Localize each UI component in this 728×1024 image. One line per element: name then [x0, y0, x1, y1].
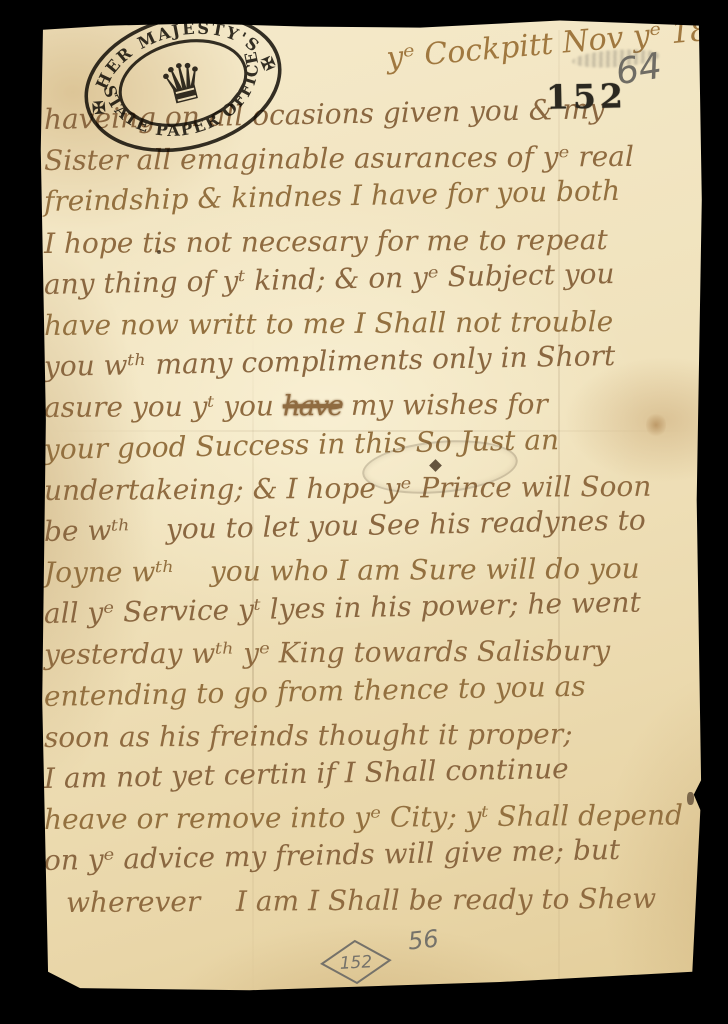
letter-page: yᵉ Cockpitt Nov yᵉ 18 haveing on all oca…	[0, 0, 728, 1024]
pencil-page-number: 56	[407, 926, 440, 953]
letter-body: haveing on all ocasions given you & my S…	[44, 99, 704, 923]
ink-blemish	[687, 792, 694, 805]
line-segment: asure you yᵗ you	[44, 390, 283, 425]
struck-word: have	[283, 389, 342, 422]
ink-blemish	[157, 250, 161, 254]
paper-stain	[646, 412, 666, 438]
folio-number-stamp: 152	[546, 79, 627, 113]
manuscript-line: wherever I am I Shall be ready to Shew	[66, 877, 704, 923]
scan-background: yᵉ Cockpitt Nov yᵉ 18 haveing on all oca…	[0, 0, 728, 1024]
crown-icon: ♛	[153, 48, 214, 119]
pencil-diamond-mark: 152	[317, 936, 396, 992]
pencil-folio-number: 64	[613, 49, 664, 92]
line-segment: my wishes for	[342, 388, 548, 422]
diamond-number: 152	[339, 952, 372, 974]
